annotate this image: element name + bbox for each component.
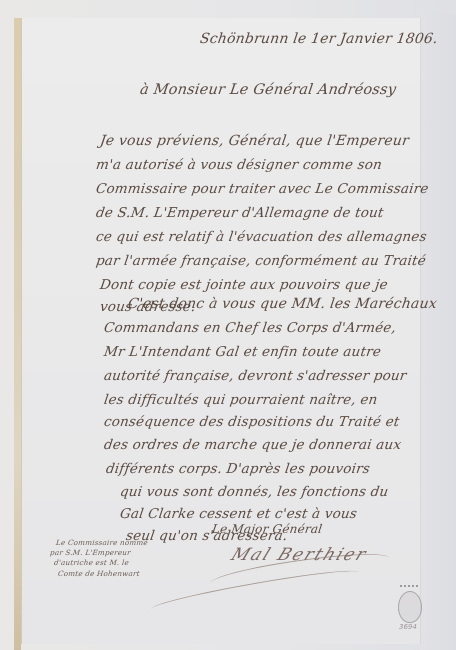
margin-note-line: Comte de Hohenwart <box>57 569 140 579</box>
body-line: Gal Clarke cessent et c'est à vous <box>119 506 358 522</box>
margin-note-line: Le Commissaire nommé <box>55 538 148 548</box>
body-line: autorité française, devront s'adresser p… <box>103 368 408 384</box>
salutation: à Monsieur Le Général Andréossy <box>139 82 397 98</box>
margin-note-line: par S.M. L'Empereur <box>49 548 131 558</box>
mount-edge <box>420 14 456 650</box>
body-line: différents corps. D'après les pouvoirs <box>105 461 371 477</box>
closing-title: Le Major Général <box>211 522 323 536</box>
body-line: par l'armée française, conformément au T… <box>95 253 427 269</box>
body-line: qui vous sont donnés, les fonctions du <box>119 484 390 500</box>
body-line: Commissaire pour traiter avec Le Commiss… <box>95 181 430 197</box>
body-line: Mr L'Intendant Gal et enfin toute autre <box>103 344 382 360</box>
body-line: les difficultés qui pourraient naître, e… <box>103 392 379 408</box>
body-line: ce qui est relatif à l'évacuation des al… <box>95 229 428 245</box>
body-line: Dont copie est jointe aux pouvoirs que j… <box>99 277 389 293</box>
archive-number: 3694 <box>399 623 417 631</box>
body-line: Je vous préviens, Général, que l'Empereu… <box>99 133 410 149</box>
body-line: Commandans en Chef les Corps d'Armée, <box>103 320 397 336</box>
body-line: des ordres de marche que je donnerai aux <box>103 437 402 453</box>
body-line: m'a autorisé à vous désigner comme son <box>95 157 383 173</box>
body-line: de S.M. L'Empereur d'Allemagne de tout <box>95 205 385 221</box>
archive-seal-icon <box>398 591 422 623</box>
place-date: Schönbrunn le 1er Janvier 1806. <box>199 31 439 47</box>
paper-stain-edge <box>14 18 21 650</box>
margin-note-line: d'autriche est M. le <box>53 558 129 568</box>
body-line: conséquence des dispositions du Traité e… <box>103 414 401 430</box>
body-line: C'est donc à vous que MM. les Maréchaux <box>127 296 438 312</box>
